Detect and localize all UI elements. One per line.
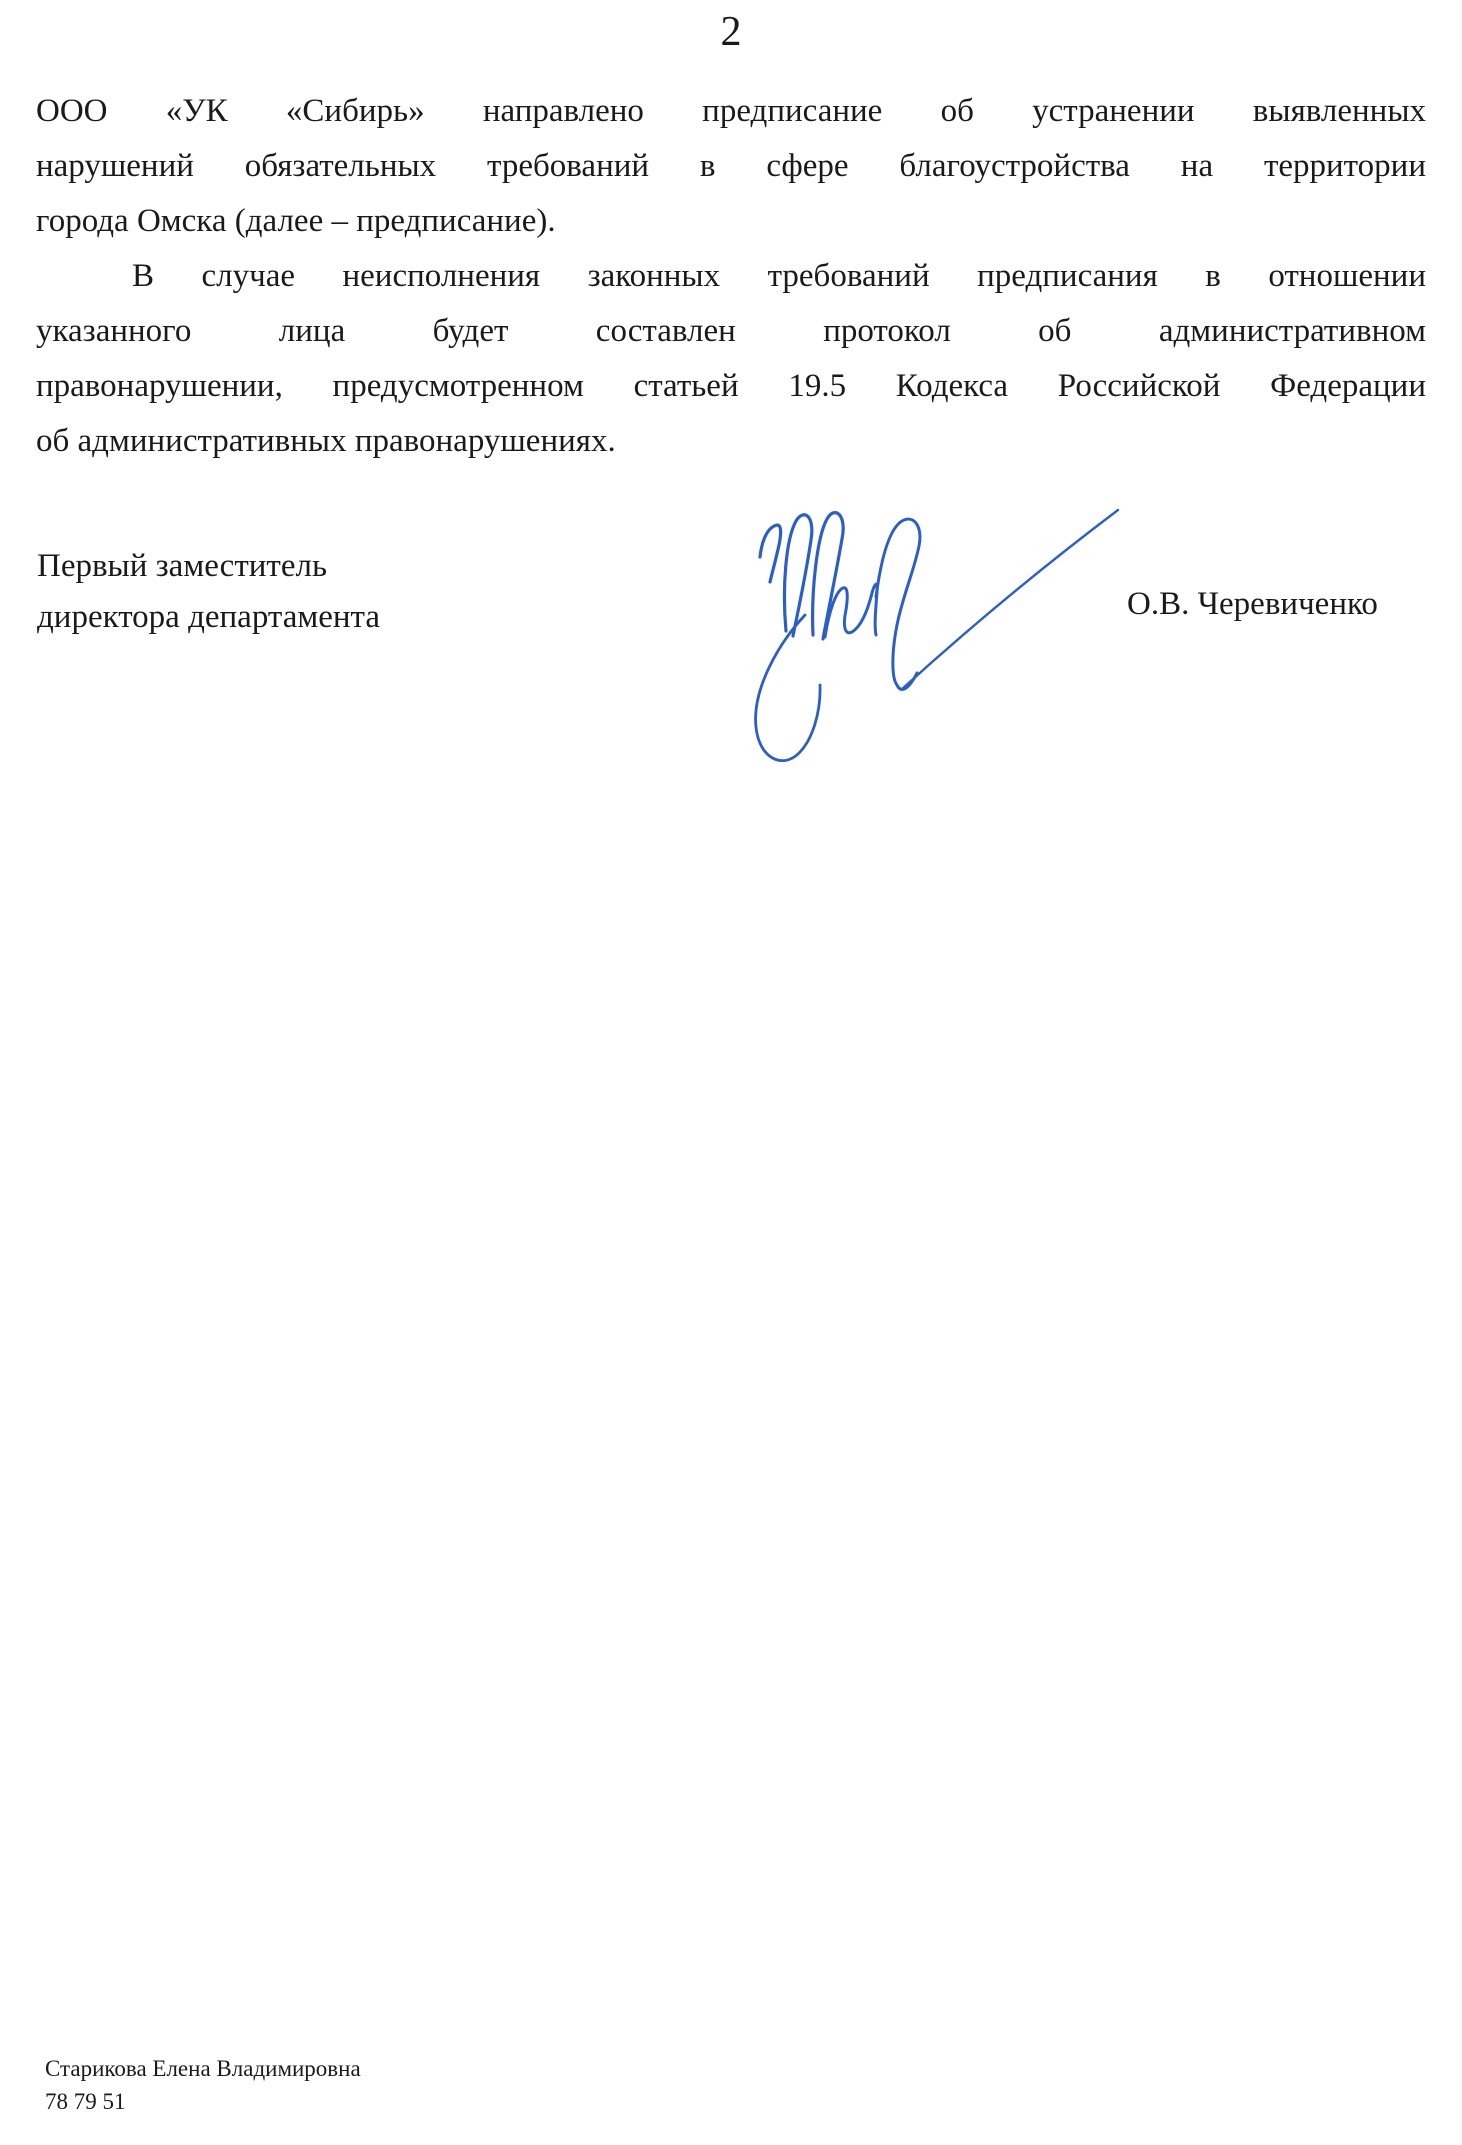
signature-stroke-flourish [902,510,1118,689]
document-body: ООО «УК «Сибирь» направлено предписание … [36,84,1426,469]
position-title-line-2: директора департамента [37,592,380,643]
signature-stroke-tail-letter [876,519,920,689]
executor-footer: Старикова Елена Владимировна 78 79 51 [45,2052,361,2118]
paragraph1-line-2: нарушений обязательных требований в сфер… [36,139,1426,194]
document-page: 2 ООО «УК «Сибирь» направлено предписани… [0,0,1462,2145]
paragraph2-line-2: указанного лица будет составлен протокол… [36,304,1426,359]
page-number: 2 [0,8,1462,56]
paragraph1-line-3: города Омска (далее – предписание). [36,194,1426,249]
signature-stroke-bottom-loop [756,615,820,761]
paragraph1-line-1: ООО «УК «Сибирь» направлено предписание … [36,84,1426,139]
paragraph2-line-3: правонарушении, предусмотренном статьей … [36,359,1426,414]
signature-stroke-loop1 [784,515,811,636]
executor-name: Старикова Елена Владимировна [45,2052,361,2085]
signer-name: О.В. Черевиченко [1127,586,1378,623]
signature-ink [730,483,1130,783]
paragraph2-line-1: В случае неисполнения законных требовани… [36,249,1426,304]
position-title-line-1: Первый заместитель [37,541,380,592]
signer-position-title: Первый заместитель директора департамент… [37,541,380,643]
executor-phone: 78 79 51 [45,2085,361,2118]
signature-stroke-start [760,525,781,582]
paragraph2-line-4: об административных правонарушениях. [36,414,1426,469]
